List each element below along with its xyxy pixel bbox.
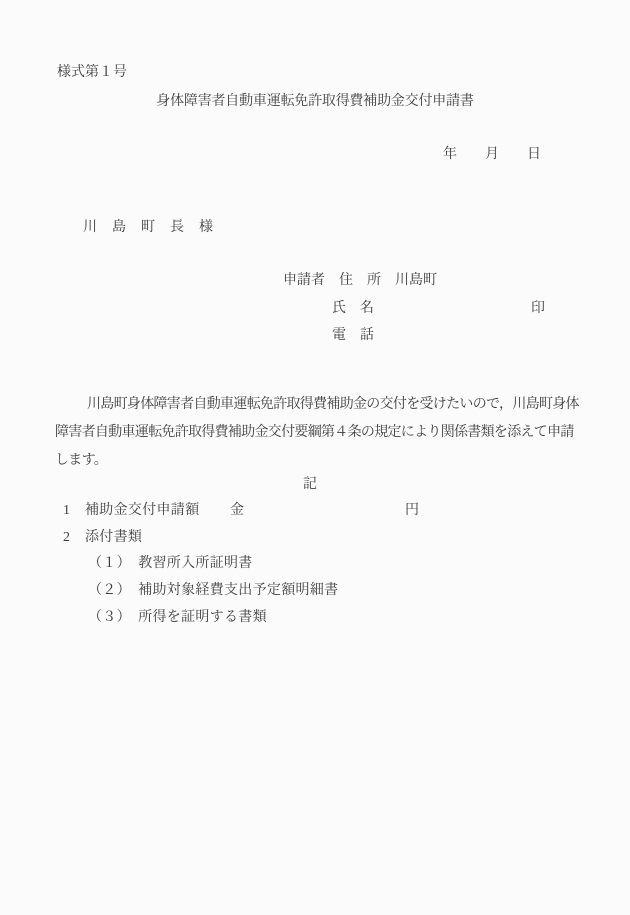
list-item-amount: 1 補助金交付申請額 金 円	[0, 504, 630, 524]
list-item-number: 2	[63, 531, 70, 545]
form-number: 様式第１号	[57, 66, 127, 80]
list-item-number: 1	[63, 504, 70, 518]
applicant-name-label: 氏 名	[332, 302, 374, 316]
attachment-item: （３） 所得を証明する書類	[88, 611, 267, 625]
application-form-page: 様式第１号 身体障害者自動車運転免許取得費補助金交付申請書 年 月 日 川 島 …	[0, 0, 630, 915]
amount-suffix: 円	[405, 504, 419, 518]
body-paragraph-line: 川島町身体障害者自動車運転免許取得費補助金の交付を受けたいので，川島町身体	[55, 398, 627, 412]
body-paragraph-line: 障害者自動車運転免許取得費補助金交付要綱第４条の規定により関係書類を添えて申請	[55, 426, 595, 440]
list-item-label: 添付書類	[85, 531, 142, 545]
attachment-item: （２） 補助対象経費支出予定額明細書	[88, 584, 338, 598]
list-item-attachments: 2 添付書類	[0, 531, 630, 551]
date-line: 年 月 日	[443, 148, 541, 162]
applicant-address-line: 申請者 住 所 川島町	[283, 274, 437, 288]
list-item-label: 補助金交付申請額	[85, 504, 199, 518]
attachment-item: （１） 教習所入所証明書	[88, 557, 253, 571]
seal-mark: 印	[531, 302, 545, 316]
addressee-line: 川 島 町 長 様	[83, 221, 214, 235]
amount-prefix: 金	[230, 504, 244, 518]
body-paragraph-line: します。	[55, 454, 595, 468]
section-marker-ki: 記	[0, 478, 620, 492]
applicant-phone-label: 電 話	[332, 329, 374, 343]
document-title: 身体障害者自動車運転免許取得費補助金交付申請書	[0, 95, 630, 109]
